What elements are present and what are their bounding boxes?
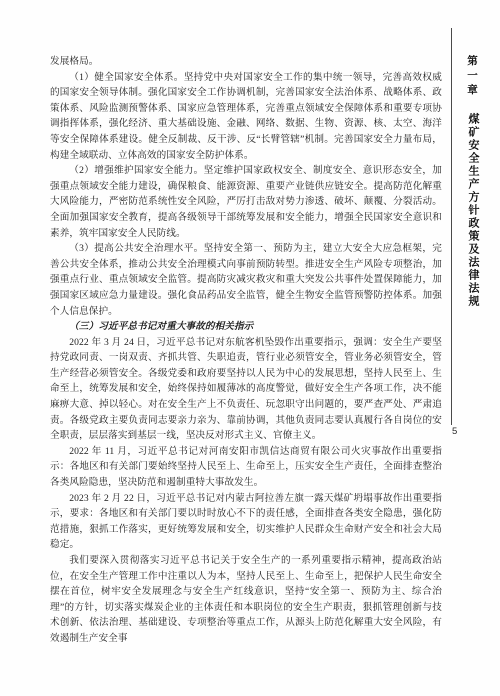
paragraph-closing: 我们要深入贯彻落实习近平总书记关于安全生产的一系列重要指示精神，提高政治站位，在… (50, 553, 442, 647)
paragraph-directive-2023-02: 2023 年 2 月 22 日，习近平总书记对内蒙古阿拉善左旗一露天煤矿坍塌事故… (50, 491, 442, 553)
page-body-text: 发展格局。 （1）健全国家安全体系。坚持党中央对国家安全工作的集中统一领导，完善… (50, 54, 442, 647)
book-page-scan: 发展格局。 （1）健全国家安全体系。坚持党中央对国家安全工作的集中统一领导，完善… (0, 0, 500, 696)
chapter-number-vertical: 第一章 (464, 55, 479, 99)
paragraph-item-2: （2）增强维护国家安全能力。坚定维护国家政权安全、制度安全、意识形态安全，加强重… (50, 163, 442, 241)
paragraph-item-1: （1）健全国家安全体系。坚持党中央对国家安全工作的集中统一领导，完善高效权威的国… (50, 70, 442, 164)
sidebar-divider-rule (451, 28, 452, 425)
chapter-title-vertical: 煤矿安全生产方针政策及法律法规 (465, 113, 481, 308)
page-number: 5 (452, 426, 457, 437)
paragraph-item-3: （3）提高公共安全治理水平。坚持安全第一、预防为主，建立大安全大应急框架，完善公… (50, 241, 442, 319)
paragraph-directive-2022-03: 2022 年 3 月 24 日，习近平总书记对东航客机坠毁作出重要指示，强调：安… (50, 335, 442, 444)
paragraph-directive-2022-11: 2022 年 11 月，习近平总书记对河南安阳市凯信达商贸有限公司火灾事故作出重… (50, 444, 442, 491)
section-heading: （三）习近平总书记对重大事故的相关指示 (50, 319, 442, 335)
paragraph-continuation: 发展格局。 (50, 54, 442, 70)
